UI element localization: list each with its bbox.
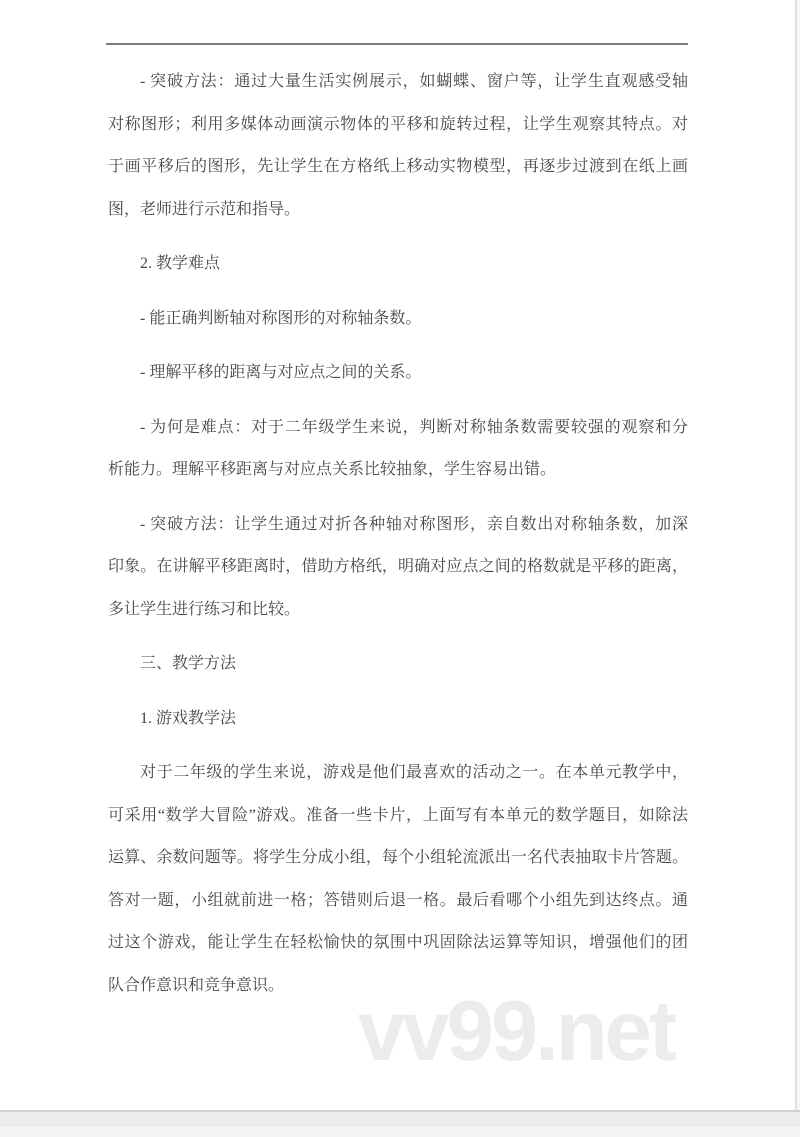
text-line: 过这个游戏，能让学生在轻松愉快的氛围中巩固除法运算等知识，增强他们的团 xyxy=(108,922,688,965)
paragraph: - 理解平移的距离与对应点之间的关系。 xyxy=(108,352,688,395)
page-gap-lower xyxy=(0,1127,800,1137)
text-line: 于画平移后的图形，先让学生在方格纸上移动实物模型，再逐步过渡到在纸上画 xyxy=(108,146,688,189)
text-line: - 突破方法：通过大量生活实例展示，如蝴蝶、窗户等，让学生直观感受轴 xyxy=(108,61,688,104)
paragraph: 对于二年级的学生来说，游戏是他们最喜欢的活动之一。在本单元教学中，可采用“数学大… xyxy=(108,752,688,1007)
text-line: - 理解平移的距离与对应点之间的关系。 xyxy=(108,352,688,395)
paragraph: - 突破方法：通过大量生活实例展示，如蝴蝶、窗户等，让学生直观感受轴对称图形；利… xyxy=(108,61,688,231)
paragraph: - 突破方法：让学生通过对折各种轴对称图形，亲自数出对称轴条数，加深印象。在讲解… xyxy=(108,504,688,632)
text-line: - 为何是难点：对于二年级学生来说，判断对称轴条数需要较强的观察和分 xyxy=(108,407,688,450)
paragraph: - 能正确判断轴对称图形的对称轴条数。 xyxy=(108,298,688,341)
text-line: 1. 游戏教学法 xyxy=(108,698,688,741)
text-line: 多让学生进行练习和比较。 xyxy=(108,589,688,632)
document-page: vv99.net - 突破方法：通过大量生活实例展示，如蝴蝶、窗户等，让学生直观… xyxy=(0,0,800,1137)
text-line: 对称图形；利用多媒体动画演示物体的平移和旋转过程，让学生观察其特点。对 xyxy=(108,104,688,147)
text-line: 三、教学方法 xyxy=(108,643,688,686)
text-line: 对于二年级的学生来说，游戏是他们最喜欢的活动之一。在本单元教学中， xyxy=(108,752,688,795)
text-line: 图，老师进行示范和指导。 xyxy=(108,189,688,232)
text-line: 队合作意识和竞争意识。 xyxy=(108,965,688,1008)
text-line: 析能力。理解平移距离与对应点关系比较抽象，学生容易出错。 xyxy=(108,449,688,492)
horizontal-rule xyxy=(106,43,688,45)
paragraph: - 为何是难点：对于二年级学生来说，判断对称轴条数需要较强的观察和分析能力。理解… xyxy=(108,407,688,492)
text-line: 印象。在讲解平移距离时，借助方格纸，明确对应点之间的格数就是平移的距离， xyxy=(108,546,688,589)
text-line: 可采用“数学大冒险”游戏。准备一些卡片，上面写有本单元的数学题目，如除法 xyxy=(108,795,688,838)
page-gap xyxy=(0,1112,800,1127)
paragraph: 三、教学方法 xyxy=(108,643,688,686)
text-line: 答对一题，小组就前进一格；答错则后退一格。最后看哪个小组先到达终点。通 xyxy=(108,880,688,923)
text-line: - 突破方法：让学生通过对折各种轴对称图形，亲自数出对称轴条数，加深 xyxy=(108,504,688,547)
paragraph: 1. 游戏教学法 xyxy=(108,698,688,741)
paragraph: 2. 教学难点 xyxy=(108,243,688,286)
text-line: 运算、余数问题等。将学生分成小组，每个小组轮流派出一名代表抽取卡片答题。 xyxy=(108,837,688,880)
text-line: 2. 教学难点 xyxy=(108,243,688,286)
document-content: - 突破方法：通过大量生活实例展示，如蝴蝶、窗户等，让学生直观感受轴对称图形；利… xyxy=(108,0,688,1007)
text-line: - 能正确判断轴对称图形的对称轴条数。 xyxy=(108,298,688,341)
